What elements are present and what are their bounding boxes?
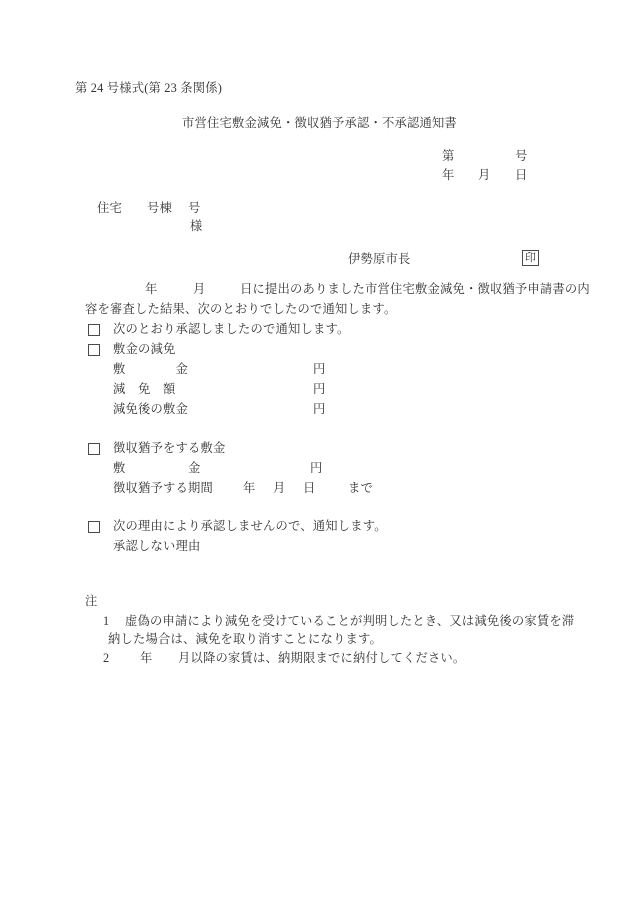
seal-box: 印 bbox=[522, 250, 539, 266]
page-title: 市営住宅敷金減免・徴収猶予承認・不承認通知書 bbox=[182, 116, 457, 130]
deposit-after-reduction-row-label: 減免後の敷金 bbox=[113, 402, 188, 416]
deferral-heading: 徴収猶予をする敷金 bbox=[113, 441, 225, 455]
seal-label: 印 bbox=[525, 253, 536, 264]
body-year-label: 年 bbox=[145, 282, 158, 296]
addressee-honorific: 様 bbox=[190, 219, 203, 233]
deferral-period-month-label: 月 bbox=[273, 481, 286, 495]
document-page: 第 24 号様式(第 23 条関係) 市営住宅敷金減免・徴収猶予承認・不承認通知… bbox=[0, 0, 630, 915]
addressee-building-label: 号棟 bbox=[147, 201, 172, 215]
date-day-label: 日 bbox=[515, 168, 528, 182]
note-2-number: 2 bbox=[103, 651, 109, 665]
note-1-line-2: 納した場合は、減免を取り消すことになります。 bbox=[108, 632, 382, 646]
note-2-text: 月以降の家賃は、納期限までに納付してください。 bbox=[178, 651, 465, 665]
rejection-reason-label: 承認しない理由 bbox=[113, 539, 200, 553]
deferral-period-label: 徴収猶予する期間 bbox=[113, 481, 213, 495]
note-1-line-1: 虚偽の申請により減免を受けていることが判明したとき、又は減免後の家賃を滞 bbox=[125, 614, 574, 628]
deposit-reduction-checkbox bbox=[88, 344, 100, 356]
deposit-after-reduction-row-unit: 円 bbox=[313, 402, 326, 416]
rejection-checkbox bbox=[88, 521, 100, 533]
doc-number-prefix: 第 bbox=[442, 149, 455, 163]
date-year-label: 年 bbox=[442, 168, 455, 182]
note-1-number: 1 bbox=[103, 614, 109, 628]
body-line-1: 日に提出のありました市営住宅敷金減免・徴収猶予申請書の内 bbox=[240, 282, 590, 296]
addressee-housing-label: 住宅 bbox=[97, 201, 122, 215]
form-number: 第 24 号様式(第 23 条関係) bbox=[75, 81, 222, 95]
deferral-period-day-label: 日 bbox=[303, 481, 316, 495]
mayor-title: 伊勢原市長 bbox=[348, 252, 411, 266]
doc-number-suffix: 号 bbox=[515, 149, 528, 163]
note-2-year-label: 年 bbox=[140, 651, 153, 665]
approval-checkbox bbox=[88, 324, 100, 336]
body-line-2: 容を審査した結果、次のとおりでしたので通知します。 bbox=[85, 302, 396, 316]
deferral-checkbox bbox=[88, 443, 100, 455]
deferral-period-year-label: 年 bbox=[243, 481, 256, 495]
deposit-row-unit: 円 bbox=[313, 362, 326, 376]
reduction-amount-row-unit: 円 bbox=[313, 382, 326, 396]
deferral-period-until-label: まで bbox=[348, 481, 373, 495]
reduction-amount-row-label: 減 免 額 bbox=[113, 382, 176, 396]
approval-label: 次のとおり承認しましたので通知します。 bbox=[113, 322, 349, 336]
deposit-reduction-heading: 敷金の減免 bbox=[113, 342, 176, 356]
addressee-unit-label: 号 bbox=[188, 201, 201, 215]
deferral-amount-unit: 円 bbox=[310, 461, 323, 475]
deferral-amount-label: 敷 金 bbox=[113, 461, 200, 475]
rejection-label: 次の理由により承認しませんので、通知します。 bbox=[113, 519, 387, 533]
deposit-row-label: 敷 金 bbox=[113, 362, 188, 376]
body-month-label: 月 bbox=[193, 282, 206, 296]
notes-heading: 注 bbox=[85, 594, 98, 608]
date-month-label: 月 bbox=[478, 168, 491, 182]
